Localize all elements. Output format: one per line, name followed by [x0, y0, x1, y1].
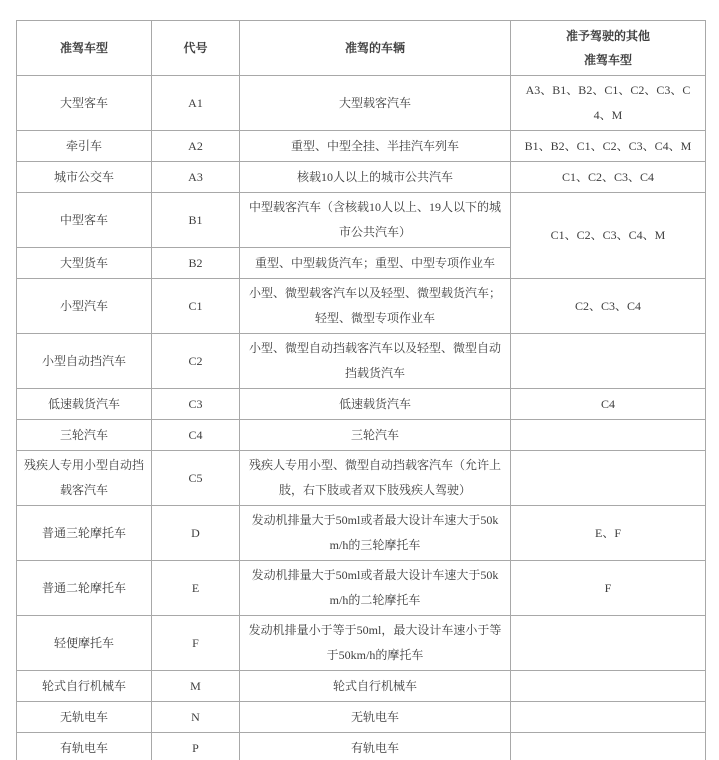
cell-other-permitted-types: F	[511, 561, 706, 616]
cell-code: C5	[152, 451, 240, 506]
cell-vehicle-type: 中型客车	[17, 193, 152, 248]
cell-vehicle-type: 无轨电车	[17, 702, 152, 733]
cell-permitted-vehicles: 小型、微型载客汽车以及轻型、微型载货汽车；轻型、微型专项作业车	[240, 279, 511, 334]
cell-code: B2	[152, 248, 240, 279]
table-row: 普通三轮摩托车D发动机排量大于50ml或者最大设计车速大于50km/h的三轮摩托…	[17, 506, 706, 561]
cell-permitted-vehicles: 三轮汽车	[240, 420, 511, 451]
cell-code: E	[152, 561, 240, 616]
cell-vehicle-type: 残疾人专用小型自动挡载客汽车	[17, 451, 152, 506]
header-other-permitted-types: 准予驾驶的其他 准驾车型	[511, 21, 706, 76]
cell-code: C3	[152, 389, 240, 420]
cell-code: F	[152, 616, 240, 671]
table-row: 残疾人专用小型自动挡载客汽车C5残疾人专用小型、微型自动挡载客汽车（允许上肢，右…	[17, 451, 706, 506]
permitted-driving-category-table: 准驾车型 代号 准驾的车辆 准予驾驶的其他 准驾车型 大型客车A1大型载客汽车A…	[16, 20, 706, 760]
cell-other-permitted-types	[511, 671, 706, 702]
cell-vehicle-type: 牵引车	[17, 131, 152, 162]
header-permitted-vehicles: 准驾的车辆	[240, 21, 511, 76]
header-other-permitted-types-line2: 准驾车型	[517, 48, 699, 72]
cell-permitted-vehicles: 残疾人专用小型、微型自动挡载客汽车（允许上肢，右下肢或者双下肢残疾人驾驶）	[240, 451, 511, 506]
cell-vehicle-type: 城市公交车	[17, 162, 152, 193]
cell-vehicle-type: 小型自动挡汽车	[17, 334, 152, 389]
header-row: 准驾车型 代号 准驾的车辆 准予驾驶的其他 准驾车型	[17, 21, 706, 76]
cell-permitted-vehicles: 无轨电车	[240, 702, 511, 733]
cell-code: P	[152, 733, 240, 760]
cell-code: C4	[152, 420, 240, 451]
driving-license-category-page: 准驾车型 代号 准驾的车辆 准予驾驶的其他 准驾车型 大型客车A1大型载客汽车A…	[0, 0, 719, 760]
table-row: 牵引车A2重型、中型全挂、半挂汽车列车B1、B2、C1、C2、C3、C4、M	[17, 131, 706, 162]
cell-permitted-vehicles: 轮式自行机械车	[240, 671, 511, 702]
cell-vehicle-type: 有轨电车	[17, 733, 152, 760]
cell-vehicle-type: 轮式自行机械车	[17, 671, 152, 702]
cell-vehicle-type: 小型汽车	[17, 279, 152, 334]
cell-vehicle-type: 普通三轮摩托车	[17, 506, 152, 561]
table-row: 小型自动挡汽车C2小型、微型自动挡载客汽车以及轻型、微型自动挡载货汽车	[17, 334, 706, 389]
table-row: 低速载货汽车C3低速载货汽车C4	[17, 389, 706, 420]
cell-other-permitted-types	[511, 334, 706, 389]
cell-other-permitted-types: C1、C2、C3、C4	[511, 162, 706, 193]
cell-permitted-vehicles: 发动机排量大于50ml或者最大设计车速大于50km/h的三轮摩托车	[240, 506, 511, 561]
cell-permitted-vehicles: 核载10人以上的城市公共汽车	[240, 162, 511, 193]
cell-other-permitted-types: B1、B2、C1、C2、C3、C4、M	[511, 131, 706, 162]
table-row: 普通二轮摩托车E发动机排量大于50ml或者最大设计车速大于50km/h的二轮摩托…	[17, 561, 706, 616]
cell-code: B1	[152, 193, 240, 248]
header-vehicle-type: 准驾车型	[17, 21, 152, 76]
cell-vehicle-type: 大型客车	[17, 76, 152, 131]
cell-permitted-vehicles: 重型、中型载货汽车；重型、中型专项作业车	[240, 248, 511, 279]
cell-permitted-vehicles: 小型、微型自动挡载客汽车以及轻型、微型自动挡载货汽车	[240, 334, 511, 389]
cell-code: C1	[152, 279, 240, 334]
table-row: 无轨电车N无轨电车	[17, 702, 706, 733]
table-row: 轻便摩托车F发动机排量小于等于50ml，最大设计车速小于等于50km/h的摩托车	[17, 616, 706, 671]
cell-other-permitted-types	[511, 420, 706, 451]
cell-permitted-vehicles: 大型载客汽车	[240, 76, 511, 131]
cell-code: A3	[152, 162, 240, 193]
cell-other-permitted-types	[511, 451, 706, 506]
cell-vehicle-type: 大型货车	[17, 248, 152, 279]
cell-other-permitted-types	[511, 616, 706, 671]
cell-code: A1	[152, 76, 240, 131]
cell-code: N	[152, 702, 240, 733]
table-row: 轮式自行机械车M轮式自行机械车	[17, 671, 706, 702]
cell-other-permitted-types	[511, 733, 706, 760]
cell-code: D	[152, 506, 240, 561]
cell-permitted-vehicles: 发动机排量大于50ml或者最大设计车速大于50km/h的二轮摩托车	[240, 561, 511, 616]
cell-other-permitted-types: C2、C3、C4	[511, 279, 706, 334]
table-row: 有轨电车P有轨电车	[17, 733, 706, 760]
cell-permitted-vehicles: 重型、中型全挂、半挂汽车列车	[240, 131, 511, 162]
table-row: 中型客车B1中型载客汽车（含核载10人以上、19人以下的城市公共汽车）C1、C2…	[17, 193, 706, 248]
table-row: 三轮汽车C4三轮汽车	[17, 420, 706, 451]
cell-code: C2	[152, 334, 240, 389]
cell-code: A2	[152, 131, 240, 162]
cell-permitted-vehicles: 低速载货汽车	[240, 389, 511, 420]
cell-other-permitted-types: C1、C2、C3、C4、M	[511, 193, 706, 279]
header-code: 代号	[152, 21, 240, 76]
cell-permitted-vehicles: 有轨电车	[240, 733, 511, 760]
cell-other-permitted-types: E、F	[511, 506, 706, 561]
cell-vehicle-type: 三轮汽车	[17, 420, 152, 451]
header-other-permitted-types-line1: 准予驾驶的其他	[517, 24, 699, 48]
table-row: 大型客车A1大型载客汽车A3、B1、B2、C1、C2、C3、C4、M	[17, 76, 706, 131]
cell-other-permitted-types: C4	[511, 389, 706, 420]
cell-permitted-vehicles: 中型载客汽车（含核载10人以上、19人以下的城市公共汽车）	[240, 193, 511, 248]
cell-code: M	[152, 671, 240, 702]
cell-other-permitted-types: A3、B1、B2、C1、C2、C3、C4、M	[511, 76, 706, 131]
cell-permitted-vehicles: 发动机排量小于等于50ml，最大设计车速小于等于50km/h的摩托车	[240, 616, 511, 671]
table-row: 小型汽车C1小型、微型载客汽车以及轻型、微型载货汽车；轻型、微型专项作业车C2、…	[17, 279, 706, 334]
cell-vehicle-type: 轻便摩托车	[17, 616, 152, 671]
cell-other-permitted-types	[511, 702, 706, 733]
table-row: 城市公交车A3核载10人以上的城市公共汽车C1、C2、C3、C4	[17, 162, 706, 193]
cell-vehicle-type: 普通二轮摩托车	[17, 561, 152, 616]
cell-vehicle-type: 低速载货汽车	[17, 389, 152, 420]
table-container: 准驾车型 代号 准驾的车辆 准予驾驶的其他 准驾车型 大型客车A1大型载客汽车A…	[16, 20, 706, 760]
